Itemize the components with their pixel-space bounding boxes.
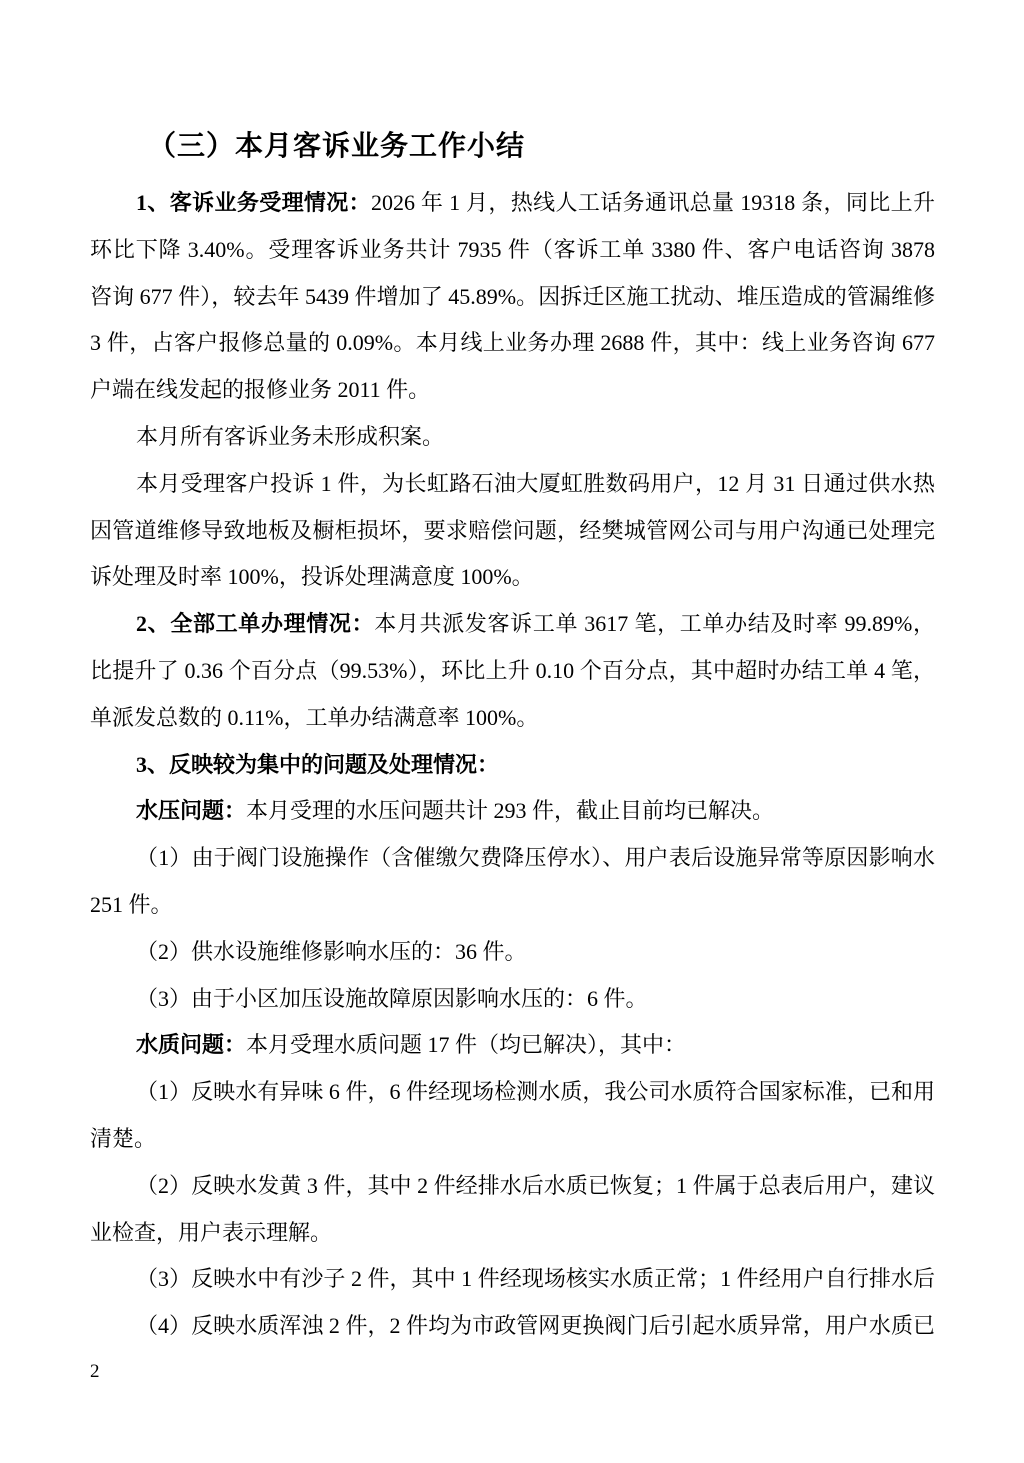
text-line: （1）由于阀门设施操作（含催缴欠费降压停水）、用户表后设施异常等原因影响水压的： [90,835,935,882]
line-text: 3 件，占客户报修总量的 0.09%。本月线上业务办理 2688 件，其中：线上… [90,330,935,367]
text-line: 咨询 677 件），较去年 5439 件增加了 45.89%。因拆迁区施工扰动、… [90,274,935,321]
text-line: 单派发总数的 0.11%，工单办结满意率 100%。 [90,695,935,742]
line-text: （2）反映水发黄 3 件，其中 2 件经排水后水质已恢复；1 件属于总表后用户，… [90,1173,935,1210]
line-text: 业检查，用户表示理解。 [90,1220,332,1245]
line-text: 本月受理的水压问题共计 293 件，截止目前均已解决。 [246,798,774,823]
section-heading: （三）本月客诉业务工作小结 [148,126,525,166]
page-number: 2 [90,1360,100,1384]
text-line: 1、客诉业务受理情况：2026 年 1 月，热线人工话务通讯总量 19318 条… [90,180,935,227]
text-line: 水压问题：本月受理的水压问题共计 293 件，截止目前均已解决。 [90,788,935,835]
text-line: 本月所有客诉业务未形成积案。 [90,414,935,461]
line-text: 单派发总数的 0.11%，工单办结满意率 100%。 [90,705,538,730]
text-line: 户端在线发起的报修业务 2011 件。 [90,367,935,414]
line-text: 因管道维修导致地板及橱柜损坏，要求赔偿问题，经樊城管网公司与用户沟通已处理完毕。… [90,518,935,555]
line-text: （3）由于小区加压设施故障原因影响水压的：6 件。 [136,986,648,1011]
line-text: （1）反映水有异味 6 件，6 件经现场检测水质，我公司水质符合国家标准，已和用… [90,1079,935,1116]
text-line: 3、反映较为集中的问题及处理情况： [90,742,935,789]
text-line: 水质问题：本月受理水质问题 17 件（均已解决），其中： [90,1022,935,1069]
document-page: （三）本月客诉业务工作小结 1、客诉业务受理情况：2026 年 1 月，热线人工… [0,0,1024,1463]
line-text: 本月受理水质问题 17 件（均已解决），其中： [246,1032,686,1057]
text-line: （2）供水设施维修影响水压的：36 件。 [90,929,935,976]
text-line: （2）反映水发黄 3 件，其中 2 件经排水后水质已恢复；1 件属于总表后用户，… [90,1163,935,1210]
line-text: （2）供水设施维修影响水压的：36 件。 [136,939,527,964]
line-text: 户端在线发起的报修业务 2011 件。 [90,377,430,402]
line-text: 咨询 677 件），较去年 5439 件增加了 45.89%。因拆迁区施工扰动、… [90,284,935,321]
text-line: 清楚。 [90,1116,935,1163]
text-line: 因管道维修导致地板及橱柜损坏，要求赔偿问题，经樊城管网公司与用户沟通已处理完毕。… [90,508,935,555]
bold-lead-text: 水质问题： [136,1032,246,1057]
text-line: （4）反映水质浑浊 2 件，2 件均为市政管网更换阀门后引起水质异常，用户水质已… [90,1303,935,1350]
text-line: 3 件，占客户报修总量的 0.09%。本月线上业务办理 2688 件，其中：线上… [90,320,935,367]
line-text: 本月受理客户投诉 1 件，为长虹路石油大厦虹胜数码用户，12 月 31 日通过供… [90,471,935,508]
bold-lead-text: 1、客诉业务受理情况： [136,190,371,215]
text-line: （3）反映水中有沙子 2 件，其中 1 件经现场核实水质正常；1 件经用户自行排… [90,1256,935,1303]
line-text: 比提升了 0.36 个百分点（99.53%），环比上升 0.10 个百分点，其中… [90,658,935,695]
text-line: 诉处理及时率 100%，投诉处理满意度 100%。 [90,554,935,601]
document-body: 1、客诉业务受理情况：2026 年 1 月，热线人工话务通讯总量 19318 条… [90,180,935,1350]
text-line: （1）反映水有异味 6 件，6 件经现场检测水质，我公司水质符合国家标准，已和用… [90,1069,935,1116]
line-text: （1）由于阀门设施操作（含催缴欠费降压停水）、用户表后设施异常等原因影响水压的： [90,845,935,882]
line-text: 本月所有客诉业务未形成积案。 [136,424,444,449]
text-line: 比提升了 0.36 个百分点（99.53%），环比上升 0.10 个百分点，其中… [90,648,935,695]
text-line: 2、全部工单办理情况：本月共派发客诉工单 3617 笔，工单办结及时率 99.8… [90,601,935,648]
line-text: （3）反映水中有沙子 2 件，其中 1 件经现场核实水质正常；1 件经用户自行排… [90,1266,935,1303]
line-text: 251 件。 [90,892,173,917]
line-text: （4）反映水质浑浊 2 件，2 件均为市政管网更换阀门后引起水质异常，用户水质已… [90,1313,935,1350]
text-line: （3）由于小区加压设施故障原因影响水压的：6 件。 [90,976,935,1023]
bold-lead-text: 2、全部工单办理情况： [136,611,374,636]
line-text: 诉处理及时率 100%，投诉处理满意度 100%。 [90,564,534,589]
text-line: 环比下降 3.40%。受理客诉业务共计 7935 件（客诉工单 3380 件、客… [90,227,935,274]
line-text: 清楚。 [90,1126,156,1151]
text-line: 业检查，用户表示理解。 [90,1210,935,1257]
bold-lead-text: 3、反映较为集中的问题及处理情况： [136,752,499,777]
text-line: 251 件。 [90,882,935,929]
line-text: 环比下降 3.40%。受理客诉业务共计 7935 件（客诉工单 3380 件、客… [90,237,935,274]
bold-lead-text: 水压问题： [136,798,246,823]
text-line: 本月受理客户投诉 1 件，为长虹路石油大厦虹胜数码用户，12 月 31 日通过供… [90,461,935,508]
